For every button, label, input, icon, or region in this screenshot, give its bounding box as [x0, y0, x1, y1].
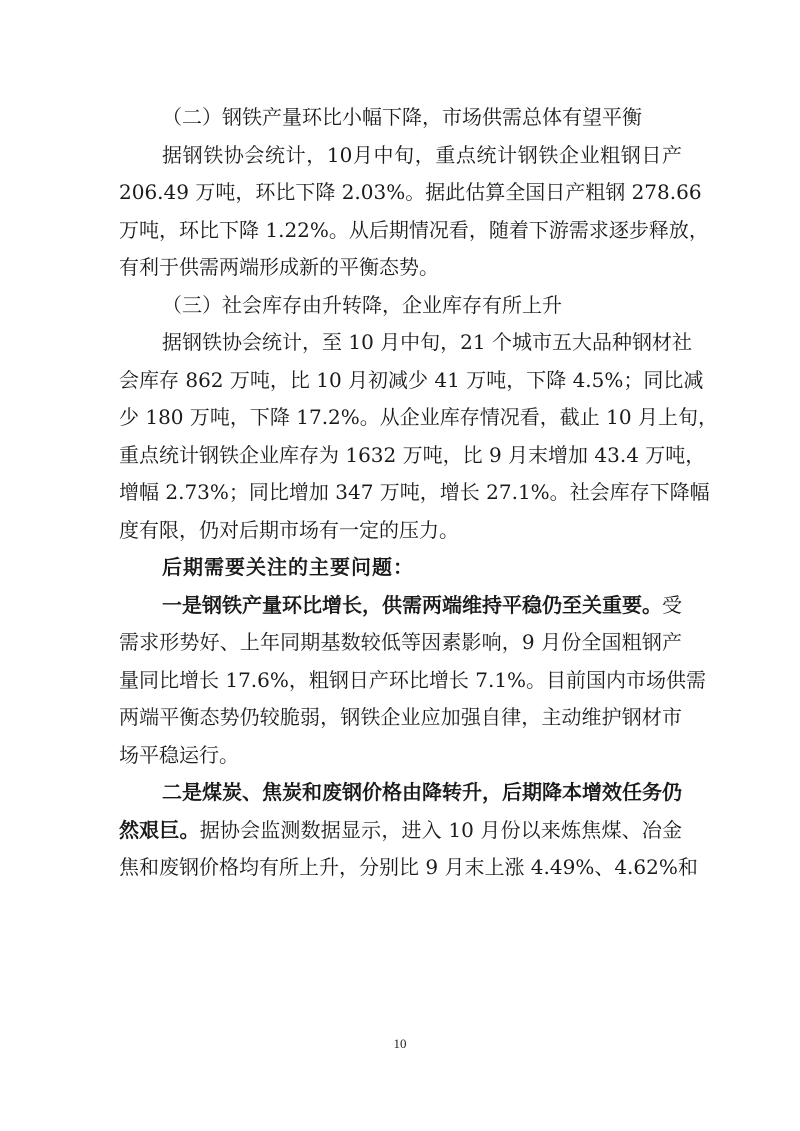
issues-title: 后期需要关注的主要问题： — [119, 549, 682, 587]
page-number: 10 — [0, 1036, 800, 1052]
section3-line-5: 增幅 2.73%；同比增加 347 万吨，增长 27.1%。社会库存下降幅 — [119, 474, 682, 512]
issue2-line-2-tail: 据协会监测数据显示，进入 10 月份以来炼焦煤、冶金 — [200, 818, 682, 842]
issue1-first-line-tail: 受 — [662, 593, 682, 617]
section2-line-1: 据钢铁协会统计，10月中旬，重点统计钢铁企业粗钢日产 — [119, 137, 682, 175]
section3-line-6: 度有限，仍对后期市场有一定的压力。 — [119, 512, 682, 550]
issue2-line-3: 焦和废钢价格均有所上升，分别比 9 月末上涨 4.49%、4.62%和 — [119, 849, 682, 887]
section3-line-3: 少 180 万吨，下降 17.2%。从企业库存情况看，截止 10 月上旬， — [119, 399, 682, 437]
issue2-line-1: 二是煤炭、焦炭和废钢价格由降转升，后期降本增效任务仍 — [119, 774, 682, 812]
issue1-line-2: 需求形势好、上年同期基数较低等因素影响，9 月份全国粗钢产 — [119, 624, 682, 662]
section3-line-2: 会库存 862 万吨，比 10 月初减少 41 万吨，下降 4.5%；同比减 — [119, 362, 682, 400]
issue1-line-5: 场平稳运行。 — [119, 737, 682, 775]
section2-line-2: 206.49 万吨，环比下降 2.03%。据此估算全国日产粗钢 278.66 — [119, 174, 682, 212]
document-page: （二）钢铁产量环比小幅下降，市场供需总体有望平衡 据钢铁协会统计，10月中旬，重… — [119, 99, 682, 887]
issue2-line-2: 然艰巨。据协会监测数据显示，进入 10 月份以来炼焦煤、冶金 — [119, 812, 682, 850]
issue1-line-4: 两端平衡态势仍较脆弱，钢铁企业应加强自律，主动维护钢材市 — [119, 699, 682, 737]
section3-line-4: 重点统计钢铁企业库存为 1632 万吨，比 9 月末增加 43.4 万吨， — [119, 437, 682, 475]
section3-line-1: 据钢铁协会统计，至 10 月中旬，21 个城市五大品种钢材社 — [119, 324, 682, 362]
section3-heading: （三）社会库存由升转降，企业库存有所上升 — [119, 287, 682, 325]
issue1-bold-lead: 一是钢铁产量环比增长，供需两端维持平稳仍至关重要。 — [162, 593, 662, 617]
section2-line-3: 万吨，环比下降 1.22%。从后期情况看，随着下游需求逐步释放， — [119, 212, 682, 250]
issue2-bold-lead-end: 然艰巨。 — [119, 818, 200, 842]
issue1-line-1: 一是钢铁产量环比增长，供需两端维持平稳仍至关重要。受 — [119, 587, 682, 625]
section2-heading: （二）钢铁产量环比小幅下降，市场供需总体有望平衡 — [119, 99, 682, 137]
issue1-line-3: 量同比增长 17.6%，粗钢日产环比增长 7.1%。目前国内市场供需 — [119, 662, 682, 700]
section2-line-4: 有利于供需两端形成新的平衡态势。 — [119, 249, 682, 287]
